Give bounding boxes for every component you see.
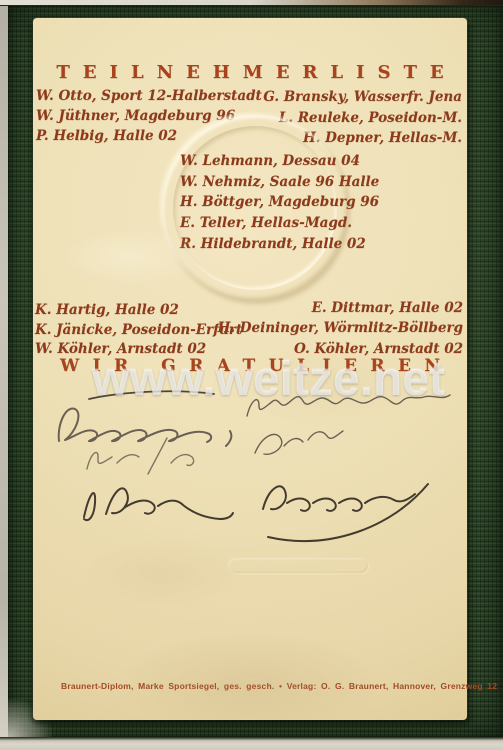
participant-line: K. Hartig, Halle 02 (35, 301, 242, 321)
congrats-title: WIR GRATULIEREN (33, 356, 467, 376)
participants-bottom-left-column: K. Hartig, Halle 02 K. Jänicke, Poseidon… (35, 301, 242, 360)
participant-line: R. Hildebrandt, Halle 02 (180, 234, 379, 255)
participant-line: W. Lehmann, Dessau 04 (180, 151, 379, 172)
participant-line: H. Böttger, Magdeburg 96 (180, 192, 379, 213)
participant-line: W. Nehmiz, Saale 96 Halle (180, 172, 379, 193)
participant-line: H. Deininger, Wörmlitz-Böllberg (218, 318, 463, 338)
participants-bottom-right-column: E. Dittmar, Halle 02 H. Deininger, Wörml… (218, 298, 463, 359)
participant-line: K. Jänicke, Poseidon-Erfurt (35, 321, 242, 341)
photo-edge-top (0, 0, 503, 6)
participants-center-column: W. Lehmann, Dessau 04 W. Nehmiz, Saale 9… (180, 151, 379, 255)
faint-embossed-stamp (228, 558, 368, 573)
page-title: TEILNEHMERLISTE (33, 62, 467, 83)
photo-edge-bottom (0, 737, 503, 750)
participant-line: E. Dittmar, Halle 02 (218, 298, 463, 318)
diploma-photo: TEILNEHMERLISTE W. Otto, Sport 12-Halber… (0, 0, 503, 750)
participant-line: E. Teller, Hellas-Magd. (180, 213, 379, 234)
diploma-page: TEILNEHMERLISTE W. Otto, Sport 12-Halber… (33, 18, 467, 720)
participant-line: W. Otto, Sport 12-Halberstadt (36, 86, 262, 106)
participant-line: G. Bransky, Wasserfr. Jena (263, 87, 462, 108)
printer-imprint: Braunert-Diplom, Marke Sportsiegel, ges.… (61, 681, 447, 691)
